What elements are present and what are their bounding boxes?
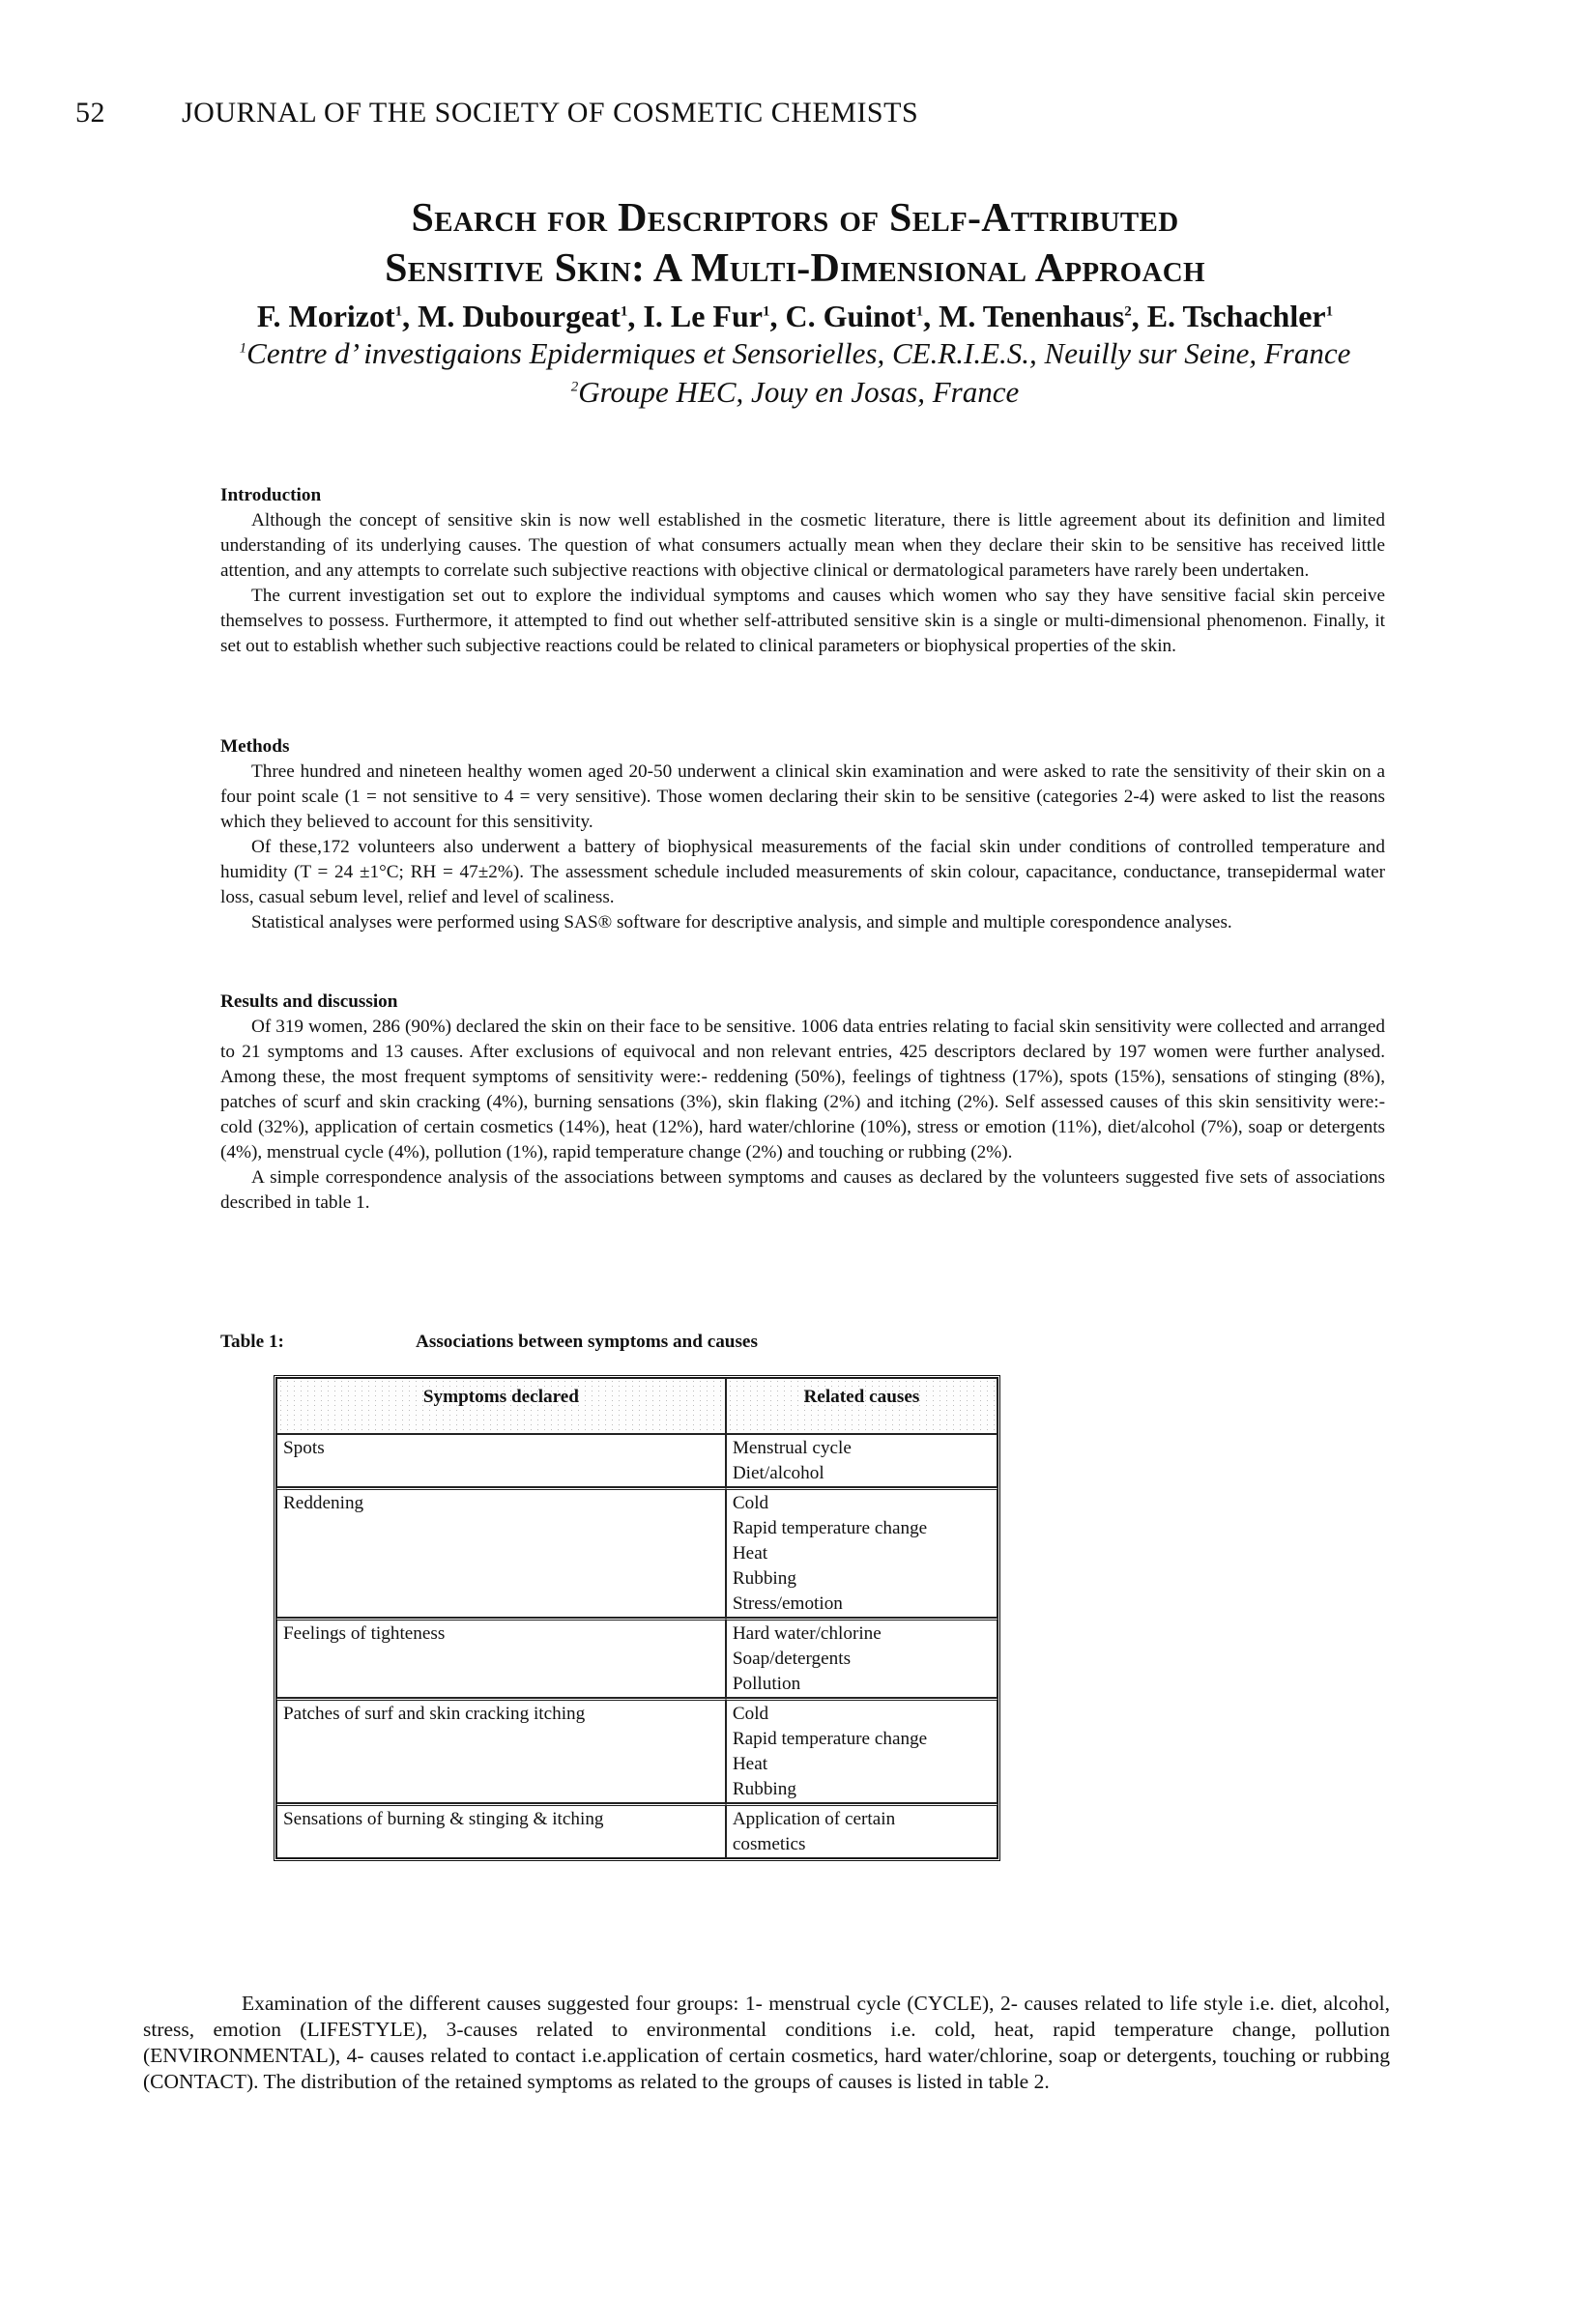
table-row: Patches of surf and skin cracking itchin…	[276, 1698, 997, 1803]
page-number: 52	[75, 97, 182, 129]
cause-item: cosmetics	[733, 1832, 991, 1857]
article-title-line-1: Search for Descriptors of Self-Attribute…	[0, 193, 1590, 244]
affiliation-mark: 1	[240, 341, 247, 357]
author-list: F. Morizot1, M. Dubourgeat1, I. Le Fur1,…	[0, 298, 1590, 334]
table-caption: Table 1:Associations between symptoms an…	[220, 1332, 1090, 1353]
symptom-cell: Patches of surf and skin cracking itchin…	[276, 1698, 726, 1803]
column-header-causes: Related causes	[726, 1378, 997, 1434]
cause-item: Cold	[733, 1491, 991, 1516]
author: I. Le Fur1	[643, 299, 769, 333]
affiliation-mark: 1	[395, 303, 403, 319]
paragraph: Statistical analyses were performed usin…	[220, 910, 1385, 935]
causes-cell: Application of certaincosmetics	[726, 1803, 997, 1858]
cause-item: Rubbing	[733, 1777, 991, 1802]
causes-cell: ColdRapid temperature changeHeatRubbing	[726, 1698, 997, 1803]
table-row: SpotsMenstrual cycleDiet/alcohol	[276, 1434, 997, 1487]
cause-item: Diet/alcohol	[733, 1461, 991, 1486]
paragraph: Three hundred and nineteen healthy women…	[220, 760, 1385, 835]
author: F. Morizot1	[257, 299, 402, 333]
symptom-cell: Feelings of tighteness	[276, 1618, 726, 1698]
table-row: Feelings of tightenessHard water/chlorin…	[276, 1618, 997, 1698]
symptom-cell: Reddening	[276, 1487, 726, 1618]
cause-item: Application of certain	[733, 1807, 991, 1832]
author: M. Tenenhaus2	[939, 299, 1132, 333]
title-block: Search for Descriptors of Self-Attribute…	[0, 193, 1590, 412]
table-row: ReddeningColdRapid temperature changeHea…	[276, 1487, 997, 1618]
affiliation-mark: 1	[763, 303, 770, 319]
paragraph: The current investigation set out to exp…	[220, 584, 1385, 659]
cause-item: Stress/emotion	[733, 1592, 991, 1617]
affiliation: 2Groupe HEC, Jouy en Josas, France	[0, 373, 1590, 412]
affiliation-mark: 2	[571, 380, 579, 395]
causes-cell: Hard water/chlorineSoap/detergentsPollut…	[726, 1618, 997, 1698]
affiliation-mark: 1	[621, 303, 628, 319]
section-heading: Methods	[220, 734, 1385, 760]
symptom-cell: Sensations of burning & stinging & itchi…	[276, 1803, 726, 1858]
table-title: Associations between symptoms and causes	[416, 1332, 758, 1352]
cause-item: Rapid temperature change	[733, 1516, 991, 1541]
section-introduction: Introduction Although the concept of sen…	[220, 483, 1385, 659]
associations-table: Symptoms declared Related causes SpotsMe…	[274, 1375, 1000, 1861]
cause-item: Soap/detergents	[733, 1647, 991, 1672]
cause-item: Rapid temperature change	[733, 1727, 991, 1752]
paragraph: Although the concept of sensitive skin i…	[220, 508, 1385, 584]
author: M. Dubourgeat1	[418, 299, 627, 333]
column-header-symptoms: Symptoms declared	[276, 1378, 726, 1434]
section-results: Results and discussion Of 319 women, 286…	[220, 990, 1385, 1216]
causes-cell: Menstrual cycleDiet/alcohol	[726, 1434, 997, 1487]
author: C. Guinot1	[785, 299, 923, 333]
cause-item: Rubbing	[733, 1566, 991, 1592]
cause-item: Heat	[733, 1541, 991, 1566]
paragraph: Of these,172 volunteers also underwent a…	[220, 835, 1385, 910]
affiliation-mark: 1	[1326, 303, 1334, 319]
cause-item: Cold	[733, 1702, 991, 1727]
cause-item: Pollution	[733, 1672, 991, 1697]
paragraph: Examination of the different causes sugg…	[143, 1991, 1390, 2095]
affiliation-mark: 1	[916, 303, 924, 319]
article-title-line-2: Sensitive Skin: A Multi-Dimensional Appr…	[0, 244, 1590, 294]
running-head: 52JOURNAL OF THE SOCIETY OF COSMETIC CHE…	[75, 97, 1429, 129]
cause-item: Hard water/chlorine	[733, 1621, 991, 1647]
cause-item: Menstrual cycle	[733, 1436, 991, 1461]
causes-cell: ColdRapid temperature changeHeatRubbingS…	[726, 1487, 997, 1618]
closing-section: Examination of the different causes sugg…	[143, 1991, 1390, 2095]
affiliation: 1Centre d’ investigaions Epidermiques et…	[0, 334, 1590, 373]
table-row: Sensations of burning & stinging & itchi…	[276, 1803, 997, 1858]
section-methods: Methods Three hundred and nineteen healt…	[220, 734, 1385, 935]
section-heading: Introduction	[220, 483, 1385, 508]
affiliation-mark: 2	[1124, 303, 1132, 319]
author: E. Tschachler1	[1147, 299, 1333, 333]
affiliation-list: 1Centre d’ investigaions Epidermiques et…	[0, 334, 1590, 412]
paragraph: A simple correspondence analysis of the …	[220, 1165, 1385, 1216]
journal-name: JOURNAL OF THE SOCIETY OF COSMETIC CHEMI…	[182, 97, 918, 129]
paragraph: Of 319 women, 286 (90%) declared the ski…	[220, 1015, 1385, 1165]
symptom-cell: Spots	[276, 1434, 726, 1487]
section-heading: Results and discussion	[220, 990, 1385, 1015]
cause-item: Heat	[733, 1752, 991, 1777]
table-label: Table 1:	[220, 1332, 416, 1353]
